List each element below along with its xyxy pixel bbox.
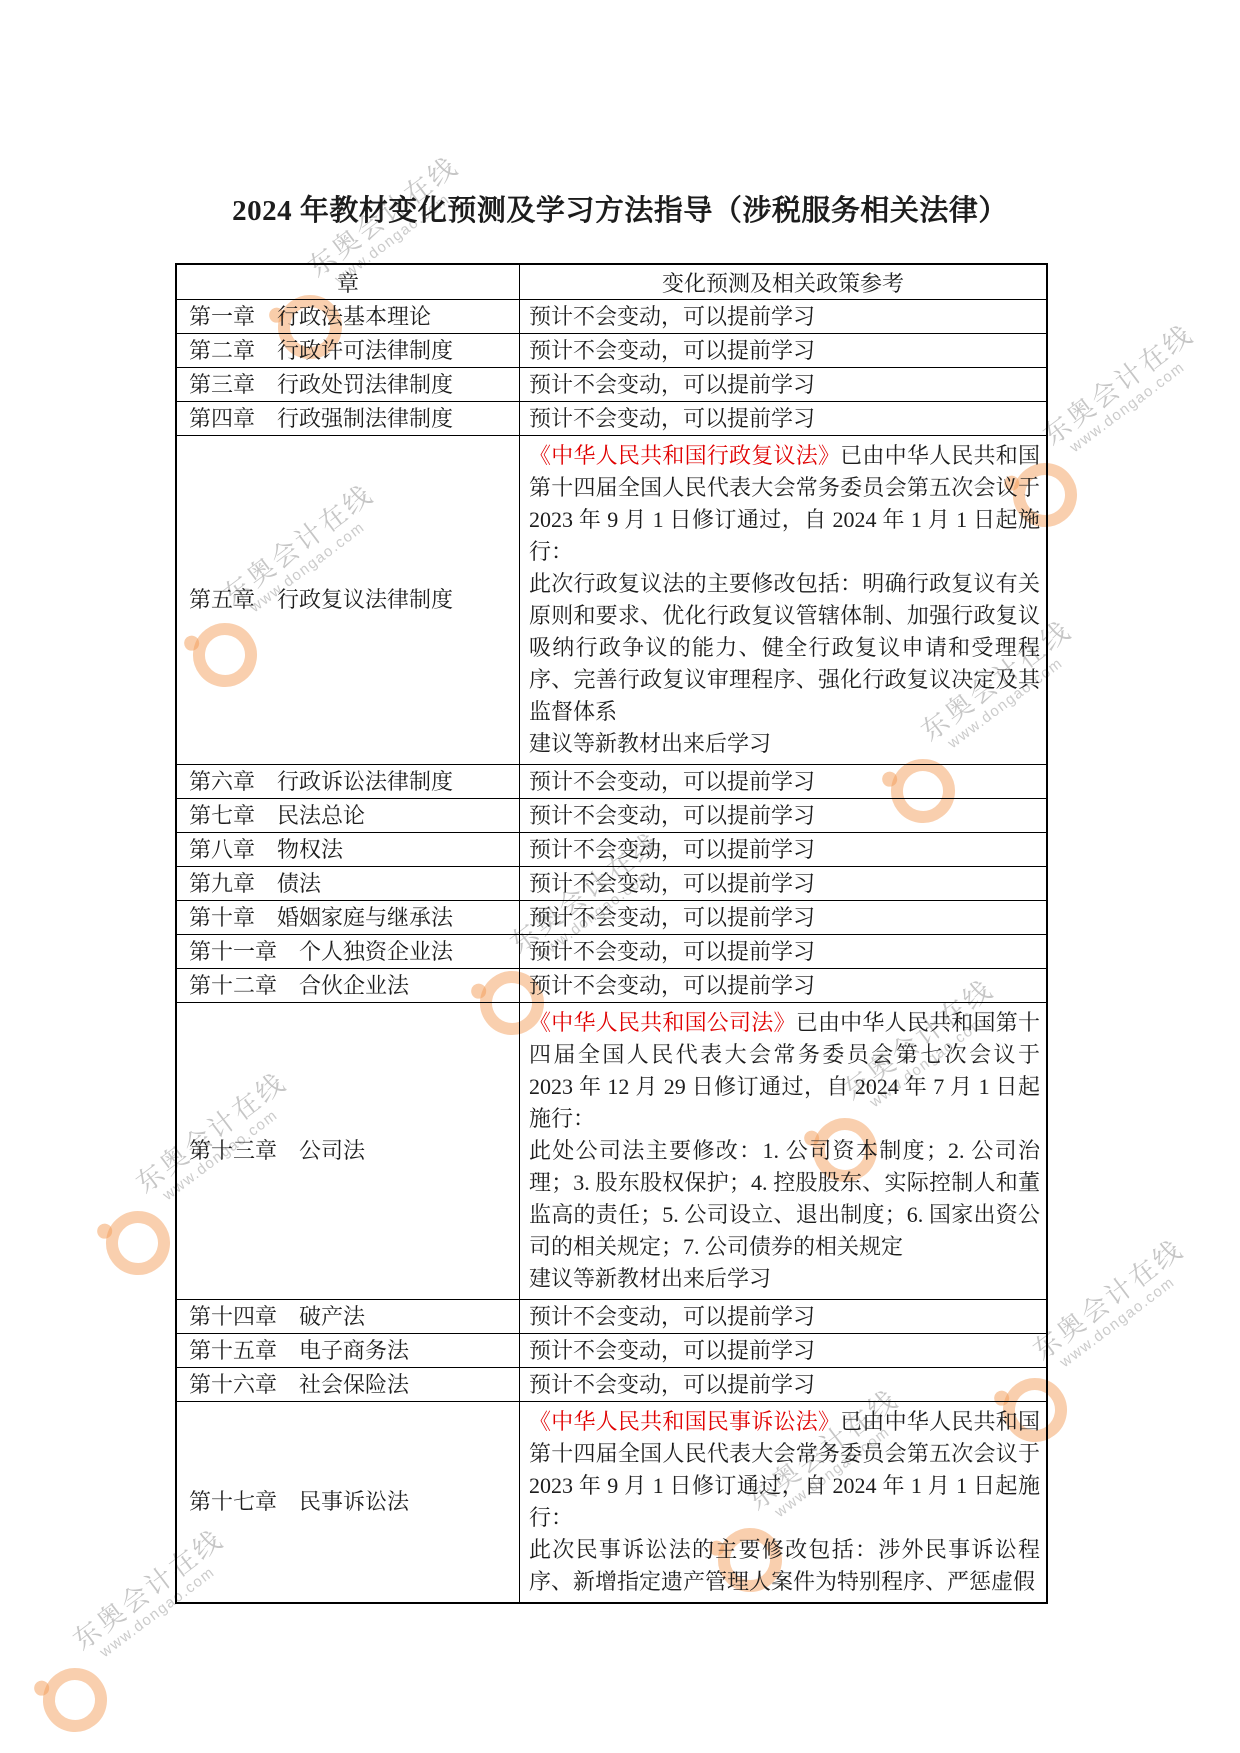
chapter-cell: 第四章 行政强制法律制度 — [176, 402, 520, 436]
prediction-paragraph: 预计不会变动，可以提前学习 — [529, 402, 1040, 435]
chapter-cell: 第十二章 合伙企业法 — [176, 969, 520, 1003]
law-title-red: 《中华人民共和国民事诉讼法》 — [529, 1409, 840, 1434]
prediction-cell: 预计不会变动，可以提前学习 — [520, 368, 1048, 402]
table-row: 第二章 行政许可法律制度预计不会变动，可以提前学习 — [176, 334, 1047, 368]
prediction-text: 预计不会变动，可以提前学习 — [529, 939, 815, 964]
prediction-paragraph: 《中华人民共和国公司法》已由中华人民共和国第十四届全国人民代表大会常务委员会第七… — [529, 1007, 1040, 1135]
watermark-brand-text: 东奥会计在线 — [1038, 319, 1200, 451]
prediction-text: 预计不会变动，可以提前学习 — [529, 338, 815, 363]
table-row: 第十七章 民事诉讼法《中华人民共和国民事诉讼法》已由中华人民共和国第十四届全国人… — [176, 1402, 1047, 1604]
prediction-text: 建议等新教材出来后学习 — [529, 731, 771, 756]
table-row: 第三章 行政处罚法律制度预计不会变动，可以提前学习 — [176, 368, 1047, 402]
prediction-paragraph: 预计不会变动，可以提前学习 — [529, 334, 1040, 367]
prediction-text: 此处公司法主要修改：1. 公司资本制度；2. 公司治理；3. 股东股权保护；4.… — [529, 1138, 1040, 1259]
header-row: 章 变化预测及相关政策参考 — [176, 264, 1047, 300]
table-row: 第十六章 社会保险法预计不会变动，可以提前学习 — [176, 1368, 1047, 1402]
prediction-text: 此次行政复议法的主要修改包括：明确行政复议有关原则和要求、优化行政复议管辖体制、… — [529, 571, 1040, 724]
prediction-cell: 预计不会变动，可以提前学习 — [520, 765, 1048, 799]
prediction-paragraph: 预计不会变动，可以提前学习 — [529, 1300, 1040, 1333]
prediction-paragraph: 预计不会变动，可以提前学习 — [529, 1368, 1040, 1401]
chapter-cell: 第十六章 社会保险法 — [176, 1368, 520, 1402]
document-page: 东奥会计在线www.dongao.com东奥会计在线www.dongao.com… — [0, 0, 1240, 1753]
prediction-cell: 预计不会变动，可以提前学习 — [520, 1368, 1048, 1402]
chapter-cell: 第二章 行政许可法律制度 — [176, 334, 520, 368]
table-row: 第七章 民法总论预计不会变动，可以提前学习 — [176, 799, 1047, 833]
prediction-paragraph: 建议等新教材出来后学习 — [529, 1263, 1040, 1295]
chapter-cell: 第十七章 民事诉讼法 — [176, 1402, 520, 1604]
chapter-cell: 第十一章 个人独资企业法 — [176, 935, 520, 969]
prediction-table: 章 变化预测及相关政策参考 第一章 行政法基本理论预计不会变动，可以提前学习第二… — [175, 263, 1048, 1604]
prediction-cell: 《中华人民共和国民事诉讼法》已由中华人民共和国第十四届全国人民代表大会常务委员会… — [520, 1402, 1048, 1604]
prediction-text: 此次民事诉讼法的主要修改包括：涉外民事诉讼程序、新增指定遗产管理人案件为特别程序… — [529, 1537, 1040, 1594]
prediction-paragraph: 预计不会变动，可以提前学习 — [529, 901, 1040, 934]
prediction-cell: 《中华人民共和国公司法》已由中华人民共和国第十四届全国人民代表大会常务委员会第七… — [520, 1003, 1048, 1300]
table-row: 第四章 行政强制法律制度预计不会变动，可以提前学习 — [176, 402, 1047, 436]
prediction-paragraph: 《中华人民共和国行政复议法》已由中华人民共和国第十四届全国人民代表大会常务委员会… — [529, 440, 1040, 568]
prediction-cell: 预计不会变动，可以提前学习 — [520, 1334, 1048, 1368]
page-title: 2024 年教材变化预测及学习方法指导（涉税服务相关法律） — [0, 188, 1240, 229]
prediction-paragraph: 《中华人民共和国民事诉讼法》已由中华人民共和国第十四届全国人民代表大会常务委员会… — [529, 1406, 1040, 1534]
prediction-cell: 预计不会变动，可以提前学习 — [520, 969, 1048, 1003]
chapter-cell: 第十三章 公司法 — [176, 1003, 520, 1300]
table-row: 第十一章 个人独资企业法预计不会变动，可以提前学习 — [176, 935, 1047, 969]
chapter-cell: 第六章 行政诉讼法律制度 — [176, 765, 520, 799]
chapter-cell: 第十章 婚姻家庭与继承法 — [176, 901, 520, 935]
law-title-red: 《中华人民共和国公司法》 — [529, 1010, 796, 1035]
table-row: 第九章 债法预计不会变动，可以提前学习 — [176, 867, 1047, 901]
law-title-red: 《中华人民共和国行政复议法》 — [529, 443, 840, 468]
table-body: 第一章 行政法基本理论预计不会变动，可以提前学习第二章 行政许可法律制度预计不会… — [176, 300, 1047, 1604]
prediction-cell: 《中华人民共和国行政复议法》已由中华人民共和国第十四届全国人民代表大会常务委员会… — [520, 436, 1048, 765]
prediction-paragraph: 预计不会变动，可以提前学习 — [529, 765, 1040, 798]
prediction-paragraph: 此处公司法主要修改：1. 公司资本制度；2. 公司治理；3. 股东股权保护；4.… — [529, 1135, 1040, 1263]
prediction-cell: 预计不会变动，可以提前学习 — [520, 1300, 1048, 1334]
prediction-cell: 预计不会变动，可以提前学习 — [520, 901, 1048, 935]
prediction-paragraph: 预计不会变动，可以提前学习 — [529, 867, 1040, 900]
prediction-text: 预计不会变动，可以提前学习 — [529, 304, 815, 329]
chapter-cell: 第七章 民法总论 — [176, 799, 520, 833]
table-row: 第一章 行政法基本理论预计不会变动，可以提前学习 — [176, 300, 1047, 334]
prediction-paragraph: 此次行政复议法的主要修改包括：明确行政复议有关原则和要求、优化行政复议管辖体制、… — [529, 568, 1040, 728]
chapter-cell: 第九章 债法 — [176, 867, 520, 901]
prediction-cell: 预计不会变动，可以提前学习 — [520, 799, 1048, 833]
table-row: 第五章 行政复议法律制度《中华人民共和国行政复议法》已由中华人民共和国第十四届全… — [176, 436, 1047, 765]
prediction-cell: 预计不会变动，可以提前学习 — [520, 867, 1048, 901]
prediction-text: 预计不会变动，可以提前学习 — [529, 769, 815, 794]
prediction-paragraph: 预计不会变动，可以提前学习 — [529, 300, 1040, 333]
watermark-url-text: www.dongao.com — [1057, 1258, 1200, 1371]
prediction-cell: 预计不会变动，可以提前学习 — [520, 833, 1048, 867]
table-row: 第十三章 公司法《中华人民共和国公司法》已由中华人民共和国第十四届全国人民代表大… — [176, 1003, 1047, 1300]
prediction-text: 预计不会变动，可以提前学习 — [529, 905, 815, 930]
watermark-brand-text: 东奥会计在线 — [1028, 1234, 1190, 1366]
prediction-text: 预计不会变动，可以提前学习 — [529, 1372, 815, 1397]
prediction-text: 预计不会变动，可以提前学习 — [529, 837, 815, 862]
prediction-paragraph: 预计不会变动，可以提前学习 — [529, 833, 1040, 866]
prediction-paragraph: 建议等新教材出来后学习 — [529, 728, 1040, 760]
prediction-paragraph: 预计不会变动，可以提前学习 — [529, 368, 1040, 401]
prediction-paragraph: 预计不会变动，可以提前学习 — [529, 1334, 1040, 1367]
table-row: 第十四章 破产法预计不会变动，可以提前学习 — [176, 1300, 1047, 1334]
prediction-paragraph: 预计不会变动，可以提前学习 — [529, 799, 1040, 832]
watermark-text-block: 东奥会计在线www.dongao.com — [1028, 1234, 1200, 1379]
col-header-chapter: 章 — [176, 264, 520, 300]
prediction-text: 预计不会变动，可以提前学习 — [529, 372, 815, 397]
chapter-cell: 第十五章 电子商务法 — [176, 1334, 520, 1368]
table-row: 第十章 婚姻家庭与继承法预计不会变动，可以提前学习 — [176, 901, 1047, 935]
prediction-text: 预计不会变动，可以提前学习 — [529, 1304, 815, 1329]
table-row: 第六章 行政诉讼法律制度预计不会变动，可以提前学习 — [176, 765, 1047, 799]
dongao-logo-icon — [93, 1198, 183, 1288]
prediction-cell: 预计不会变动，可以提前学习 — [520, 935, 1048, 969]
prediction-cell: 预计不会变动，可以提前学习 — [520, 402, 1048, 436]
prediction-text: 预计不会变动，可以提前学习 — [529, 871, 815, 896]
chapter-cell: 第一章 行政法基本理论 — [176, 300, 520, 334]
chapter-cell: 第三章 行政处罚法律制度 — [176, 368, 520, 402]
table-header: 章 变化预测及相关政策参考 — [176, 264, 1047, 300]
prediction-cell: 预计不会变动，可以提前学习 — [520, 334, 1048, 368]
prediction-cell: 预计不会变动，可以提前学习 — [520, 300, 1048, 334]
chapter-cell: 第十四章 破产法 — [176, 1300, 520, 1334]
table-row: 第八章 物权法预计不会变动，可以提前学习 — [176, 833, 1047, 867]
table-row: 第十二章 合伙企业法预计不会变动，可以提前学习 — [176, 969, 1047, 1003]
prediction-paragraph: 预计不会变动，可以提前学习 — [529, 935, 1040, 968]
watermark-url-text: www.dongao.com — [1067, 343, 1210, 456]
col-header-prediction: 变化预测及相关政策参考 — [520, 264, 1048, 300]
prediction-text: 预计不会变动，可以提前学习 — [529, 973, 815, 998]
prediction-text: 建议等新教材出来后学习 — [529, 1266, 771, 1291]
prediction-paragraph: 此次民事诉讼法的主要修改包括：涉外民事诉讼程序、新增指定遗产管理人案件为特别程序… — [529, 1534, 1040, 1598]
prediction-text: 预计不会变动，可以提前学习 — [529, 1338, 815, 1363]
chapter-cell: 第五章 行政复议法律制度 — [176, 436, 520, 765]
prediction-text: 预计不会变动，可以提前学习 — [529, 803, 815, 828]
watermark-text-block: 东奥会计在线www.dongao.com — [1038, 319, 1210, 464]
dongao-logo-icon — [30, 1655, 120, 1745]
chapter-cell: 第八章 物权法 — [176, 833, 520, 867]
table-row: 第十五章 电子商务法预计不会变动，可以提前学习 — [176, 1334, 1047, 1368]
prediction-paragraph: 预计不会变动，可以提前学习 — [529, 969, 1040, 1002]
prediction-text: 预计不会变动，可以提前学习 — [529, 406, 815, 431]
